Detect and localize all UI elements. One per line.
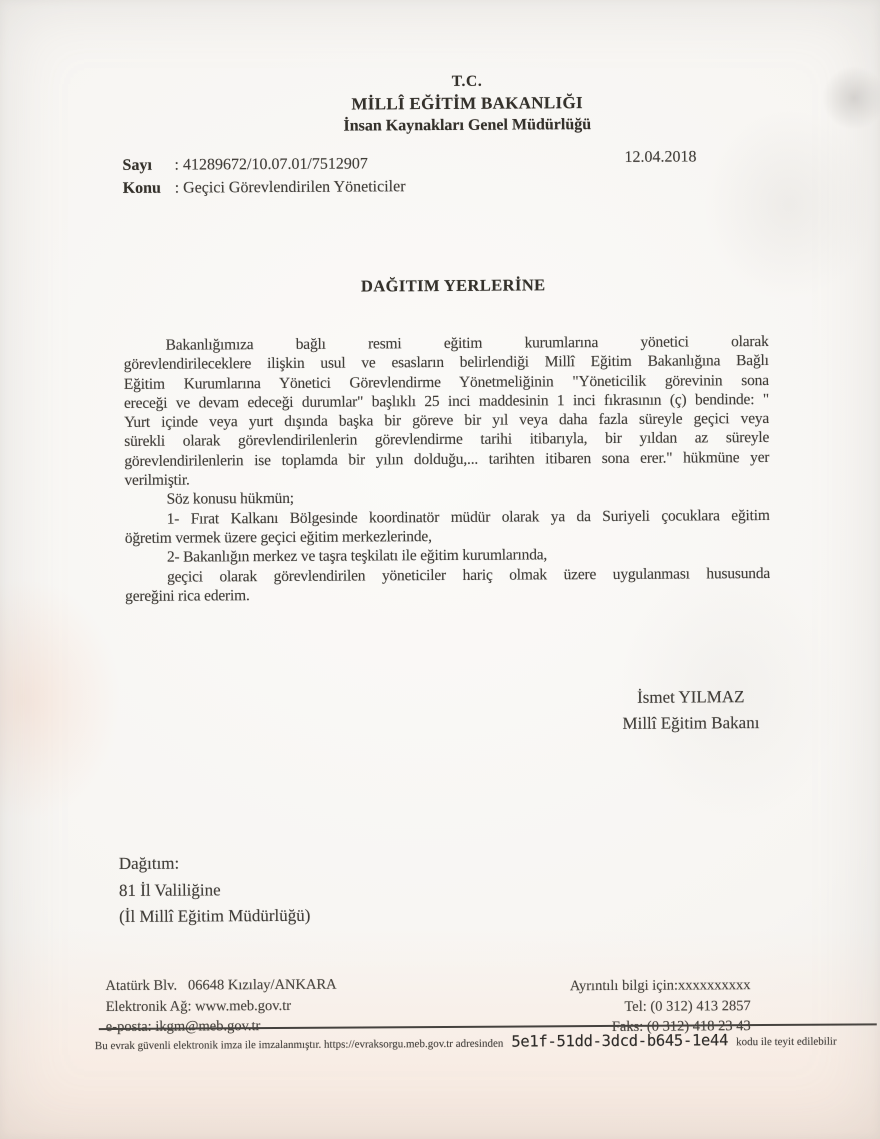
sayi-label: Sayı [122,155,174,178]
footer-right: Ayrıntılı bilgi için:xxxxxxxxxxTel: (0 3… [570,975,751,1038]
distribution-block: Dağıtım: 81 İl Valiliğine(İl Millî Eğiti… [119,850,311,931]
document-date: 12.04.2018 [624,148,696,166]
konu-label: Konu [123,177,175,200]
document-meta: Sayı: 41289672/10.07.01/7512907 Konu: Ge… [122,153,405,200]
konu-value: : Geçici Görevlendirilen Yöneticiler [175,178,406,196]
footer-left-line: Atatürk Blv. 06648 Kızılay/ANKARA [105,975,336,997]
footer-right-line: Ayrıntılı bilgi için:xxxxxxxxxx [570,975,751,997]
distribution-item: (İl Millî Eğitim Müdürlüğü) [119,903,310,931]
body-paragraphs: Bakanlığımıza bağlı resmi eğitim kurumla… [124,332,771,606]
signature-block: İsmet YILMAZ Millî Eğitim Bakanı [561,684,821,738]
verification-suffix: kodu ile teyit edilebilir [736,1036,837,1049]
scanned-document: T.C. MİLLÎ EĞİTİM BAKANLIĞI İnsan Kaynak… [0,0,880,1139]
body-line: görevlendirilenlerin ise toplamda bir yı… [124,448,769,471]
letterhead-ministry: MİLLÎ EĞİTİM BAKANLIĞI [27,91,880,116]
distribution-label: Dağıtım: [119,850,310,878]
letter-content: T.C. MİLLÎ EĞİTİM BAKANLIĞI İnsan Kaynak… [0,0,880,1139]
footer-right-line: Tel: (0 312) 413 2857 [570,996,751,1018]
body-line: gereğini rica ederim. [125,583,770,606]
paragraph: 1- Fırat Kalkanı Bölgesinde koordinatör … [125,506,770,549]
letterhead: T.C. MİLLÎ EĞİTİM BAKANLIĞI İnsan Kaynak… [27,70,880,137]
verification-prefix: Bu evrak güvenli elektronik imza ile imz… [95,1038,504,1052]
distribution-item: 81 İl Valiliğine [119,876,310,904]
letterhead-directorate: İnsan Kaynakları Genel Müdürlüğü [27,114,880,137]
paragraph: Bakanlığımıza bağlı resmi eğitim kurumla… [124,332,770,490]
konu-line: Konu: Geçici Görevlendirilen Yöneticiler [123,176,406,200]
paragraph: geçici olarak görevlendirilen yöneticile… [125,564,770,607]
signer-name: İsmet YILMAZ [561,684,821,712]
distribution-items: 81 İl Valiliğine(İl Millî Eğitim Müdürlü… [119,876,311,930]
body-line: 1- Fırat Kalkanı Bölgesinde koordinatör … [125,506,770,529]
verification-line: Bu evrak güvenli elektronik imza ile imz… [95,1030,880,1054]
signer-title: Millî Eğitim Bakanı [561,710,821,738]
sayi-line: Sayı: 41289672/10.07.01/7512907 [122,153,405,177]
recipient-heading: DAĞITIM YERLERİNE [13,273,880,298]
letterhead-republic: T.C. [27,70,880,93]
body-line: geçici olarak görevlendirilen yöneticile… [125,564,770,587]
sayi-value: : 41289672/10.07.01/7512907 [174,155,367,173]
footer-left-line: Elektronik Ağ: www.meb.gov.tr [106,995,337,1017]
verification-code: 5e1f-51dd-3dcd-b645-1e44 [507,1031,732,1050]
